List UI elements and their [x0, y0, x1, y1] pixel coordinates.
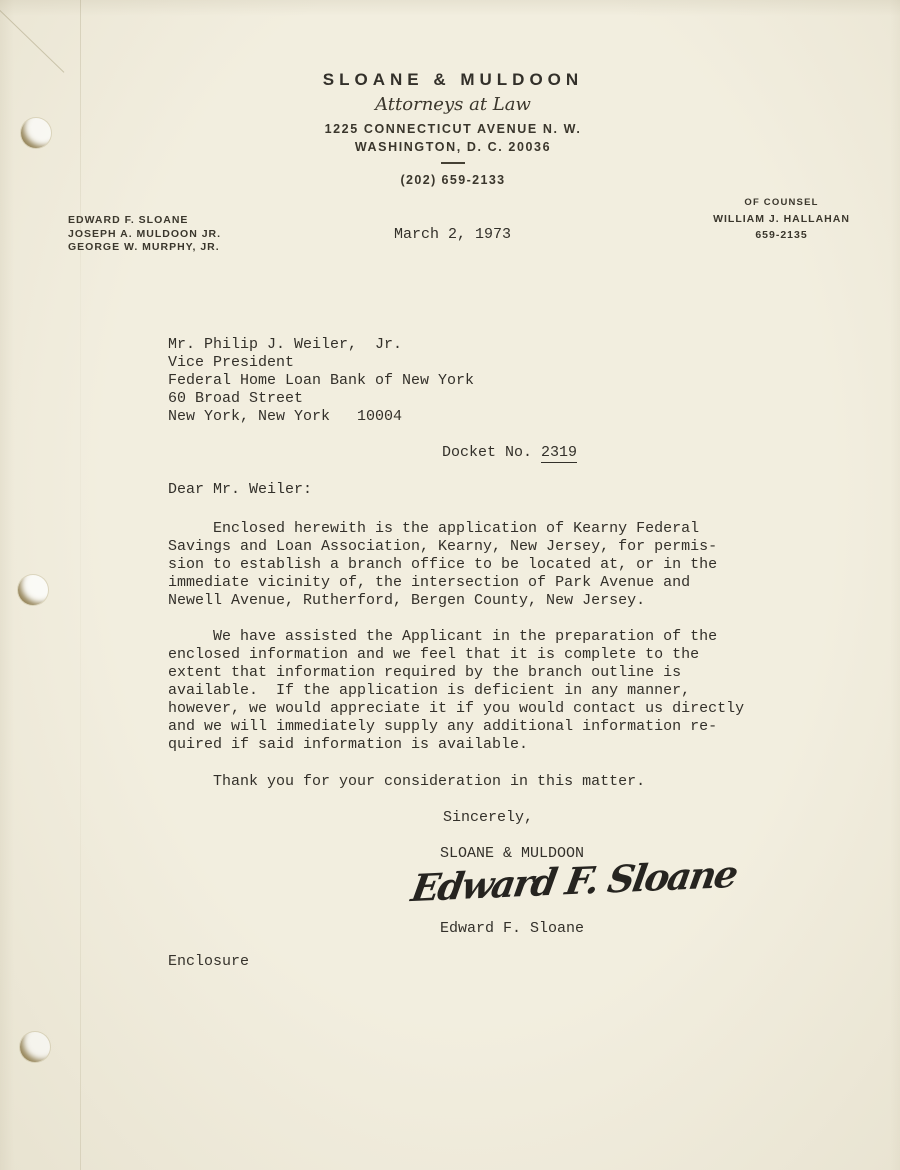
- letter-page: SLOANE & MULDOON Attorneys at Law 1225 C…: [0, 0, 900, 1170]
- docket-number-line: Docket No. 2319: [442, 444, 577, 462]
- of-counsel-phone: 659-2135: [689, 229, 874, 242]
- punch-hole-bottom: [20, 1032, 50, 1062]
- salutation: Dear Mr. Weiler:: [168, 481, 312, 499]
- valediction: Sincerely,: [443, 809, 533, 827]
- body-paragraph-1: Enclosed herewith is the application of …: [168, 520, 717, 610]
- letterhead-city-address: WASHINGTON, D. C. 20036: [6, 140, 900, 155]
- body-paragraph-2: We have assisted the Applicant in the pr…: [168, 628, 744, 754]
- letterhead: SLOANE & MULDOON Attorneys at Law 1225 C…: [0, 0, 900, 188]
- docket-label: Docket No.: [442, 444, 541, 461]
- letterhead-firm-name: SLOANE & MULDOON: [6, 70, 900, 90]
- of-counsel-block: OF COUNSEL WILLIAM J. HALLAHAN 659-2135: [689, 197, 874, 242]
- of-counsel-heading: OF COUNSEL: [689, 197, 874, 209]
- letterhead-street-address: 1225 CONNECTICUT AVENUE N. W.: [6, 122, 900, 137]
- of-counsel-name: WILLIAM J. HALLAHAN: [689, 213, 874, 226]
- recipient-address-block: Mr. Philip J. Weiler, Jr. Vice President…: [168, 336, 474, 426]
- body-paragraph-3: Thank you for your consideration in this…: [168, 773, 645, 791]
- letterhead-divider: [441, 162, 465, 164]
- enclosure-notation: Enclosure: [168, 953, 249, 971]
- docket-number: 2319: [541, 444, 577, 463]
- letterhead-phone: (202) 659-2133: [6, 173, 900, 188]
- partner-names-list: EDWARD F. SLOANE JOSEPH A. MULDOON JR. G…: [68, 214, 221, 255]
- letterhead-tagline: Attorneys at Law: [6, 94, 900, 115]
- punch-hole-middle: [18, 575, 48, 605]
- letter-date: March 2, 1973: [394, 226, 511, 244]
- typed-signer-name: Edward F. Sloane: [440, 920, 584, 938]
